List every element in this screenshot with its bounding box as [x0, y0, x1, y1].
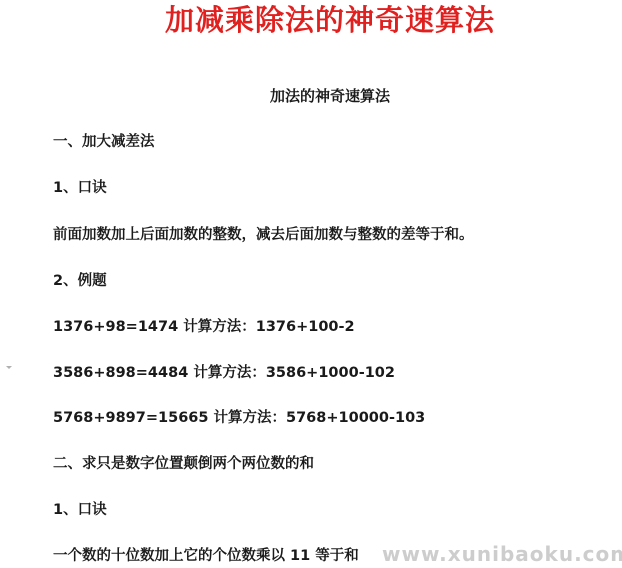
document-title: 加减乘除法的神奇速算法 [0, 2, 622, 38]
paragraph-rhyme-2: 一个数的十位数加上它的个位数乘以 11 等于和 [53, 546, 359, 566]
subheading-examples: 2、例题 [53, 271, 107, 291]
heading-method-one: 一、加大减差法 [53, 132, 155, 152]
margin-arrow-icon [6, 366, 12, 369]
example-line-3: 5768+9897=15665 计算方法：5768+10000-103 [53, 408, 425, 428]
subheading-rhyme-1: 1、口诀 [53, 178, 107, 198]
paragraph-rhyme-1: 前面加数加上后面加数的整数，减去后面加数与整数的差等于和。 [53, 225, 474, 245]
subheading-rhyme-2: 1、口诀 [53, 500, 107, 520]
example-line-2: 3586+898=4484 计算方法：3586+1000-102 [53, 363, 395, 383]
example-line-1: 1376+98=1474 计算方法：1376+100-2 [53, 317, 355, 337]
watermark: www.xunibaoku.com [382, 542, 622, 566]
section-subtitle: 加法的神奇速算法 [0, 86, 622, 106]
heading-method-two: 二、求只是数字位置颠倒两个两位数的和 [53, 454, 314, 474]
